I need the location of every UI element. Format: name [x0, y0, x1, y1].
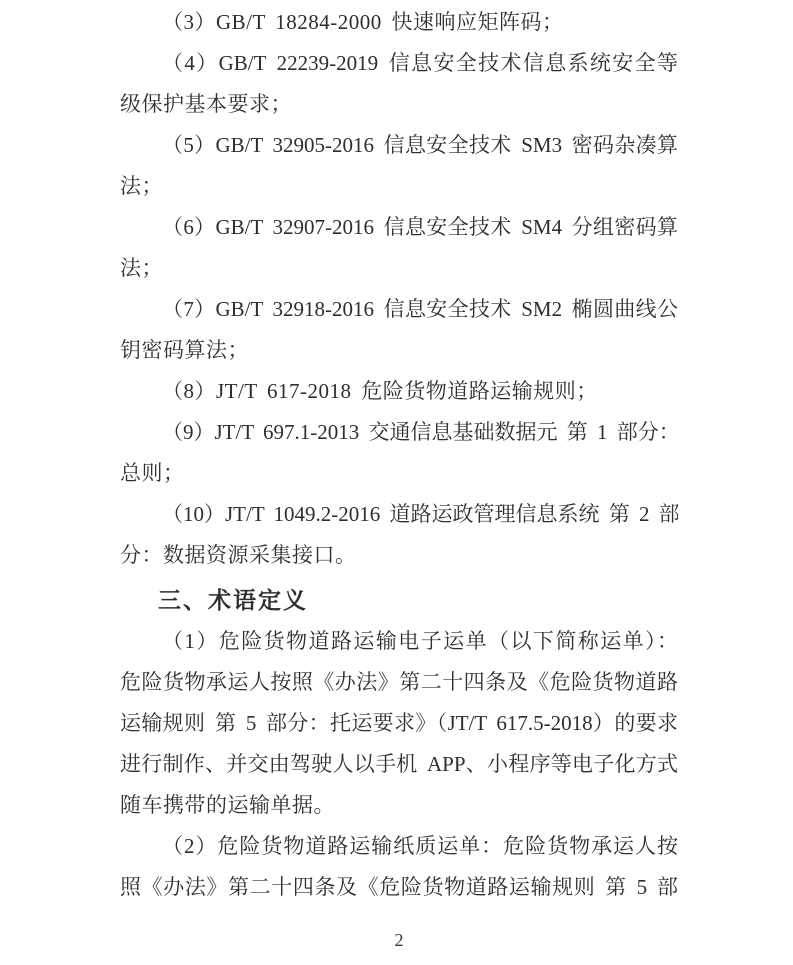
- document-line: （3）GB/T 18284-2000 快速响应矩阵码；: [120, 2, 678, 43]
- document-line: 法；: [120, 248, 678, 289]
- document-line: （1）危险货物道路运输电子运单（以下简称运单）：: [120, 621, 678, 662]
- document-line: （10）JT/T 1049.2-2016 道路运政管理信息系统 第 2 部: [120, 494, 678, 535]
- document-page: （3）GB/T 18284-2000 快速响应矩阵码；（4）GB/T 22239…: [0, 0, 793, 965]
- document-line: 总则；: [120, 453, 678, 494]
- document-body: （3）GB/T 18284-2000 快速响应矩阵码；（4）GB/T 22239…: [120, 2, 678, 908]
- document-line: 级保护基本要求；: [120, 84, 678, 125]
- document-line: 随车携带的运输单据。: [120, 785, 678, 826]
- section-heading: 三、术语定义: [120, 580, 678, 621]
- document-line: 进行制作、并交由驾驶人以手机 APP、小程序等电子化方式: [120, 744, 678, 785]
- document-line: 法；: [120, 166, 678, 207]
- document-line: 运输规则 第 5 部分：托运要求》（JT/T 617.5-2018）的要求: [120, 703, 678, 744]
- document-line: （7）GB/T 32918-2016 信息安全技术 SM2 椭圆曲线公: [120, 289, 678, 330]
- document-line: 分：数据资源采集接口。: [120, 535, 678, 576]
- document-line: 钥密码算法；: [120, 330, 678, 371]
- page-number: 2: [120, 920, 678, 961]
- document-line: 照《办法》第二十四条及《危险货物道路运输规则 第 5 部: [120, 867, 678, 908]
- document-line: （5）GB/T 32905-2016 信息安全技术 SM3 密码杂凑算: [120, 125, 678, 166]
- document-line: （2）危险货物道路运输纸质运单：危险货物承运人按: [120, 826, 678, 867]
- document-line: （8）JT/T 617-2018 危险货物道路运输规则；: [120, 371, 678, 412]
- document-line: 危险货物承运人按照《办法》第二十四条及《危险货物道路: [120, 662, 678, 703]
- document-line: （9）JT/T 697.1-2013 交通信息基础数据元 第 1 部分：: [120, 412, 678, 453]
- document-line: （4）GB/T 22239-2019 信息安全技术信息系统安全等: [120, 43, 678, 84]
- document-line: （6）GB/T 32907-2016 信息安全技术 SM4 分组密码算: [120, 207, 678, 248]
